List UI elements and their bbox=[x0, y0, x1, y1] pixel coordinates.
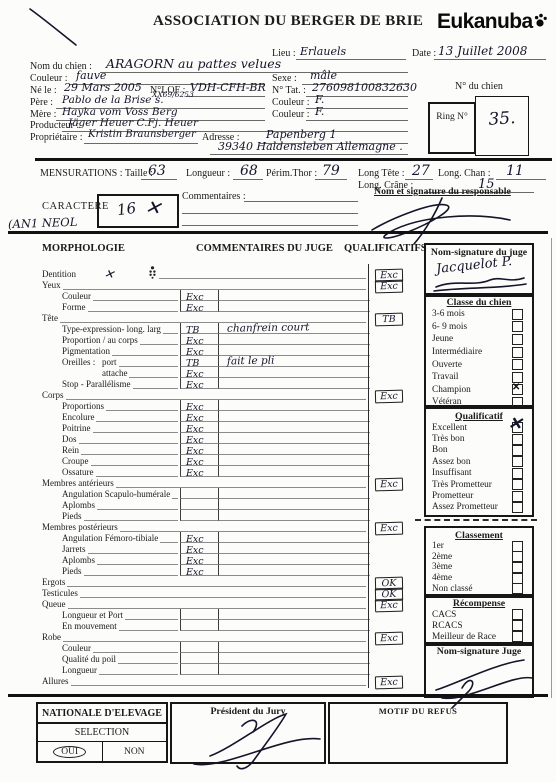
qualificatif-cell bbox=[370, 620, 416, 631]
grade-cell: Exc bbox=[180, 565, 219, 576]
form-line bbox=[182, 225, 358, 226]
judge-comment: fait le pli bbox=[227, 355, 275, 368]
morphology-row: Couleur ✕ bbox=[0, 642, 414, 653]
taille-value: 63 bbox=[148, 163, 166, 179]
row-label: Allures bbox=[42, 676, 69, 686]
row-label-zone: Couleur ✕ bbox=[0, 643, 180, 653]
morphology-row: Croupe ✕ Exc bbox=[0, 455, 414, 466]
class-option-row: 3-6 mois bbox=[426, 308, 532, 321]
comment-cell bbox=[219, 543, 370, 554]
qualificatif-option-row: Très Prometteur bbox=[426, 479, 532, 490]
morphology-row: Allures ✕ Exc bbox=[0, 675, 414, 686]
morphology-row: Ossature ✕ Exc bbox=[0, 466, 414, 477]
comment-cell bbox=[219, 653, 370, 664]
row-label: Poitrine bbox=[62, 423, 91, 433]
sire-label: Père : bbox=[30, 97, 53, 108]
date-value: 13 Juillet 2008 bbox=[438, 44, 527, 58]
option-label: Intermédiaire bbox=[432, 347, 482, 357]
checkbox bbox=[512, 468, 523, 479]
morphology-row: Forme ✕ Exc bbox=[0, 301, 414, 312]
tattoo-label: N° Tat. : bbox=[272, 85, 306, 96]
qualificatif-option-row: Excellent bbox=[426, 422, 532, 433]
qualificatif-cell bbox=[370, 400, 416, 411]
grade-cell: TB bbox=[180, 323, 219, 334]
qualificatif-cell bbox=[370, 290, 416, 301]
comment-cell bbox=[219, 664, 370, 675]
comment-cell bbox=[219, 554, 370, 565]
morphology-row: Oreilles : port ✕ TB fait le pli bbox=[0, 356, 414, 367]
row-label: Couleur bbox=[62, 643, 91, 653]
dog-class-box: Classe du chien 3-6 mois 6- 9 mois Jeune… bbox=[424, 293, 534, 407]
morphology-row: Membres antérieurs ✕ Exc bbox=[0, 477, 414, 488]
morphology-row: Dos ✕ Exc bbox=[0, 433, 414, 444]
qualificatif-cell bbox=[370, 532, 416, 543]
row-label: Proportions bbox=[62, 401, 104, 411]
row-label-zone: Longueur ✕ bbox=[0, 665, 180, 675]
judge-signature-2 bbox=[428, 652, 536, 708]
checkbox bbox=[512, 456, 523, 467]
row-label-zone: attache ✕ bbox=[0, 368, 180, 378]
morphology-row: Queue ✕ Exc bbox=[0, 598, 414, 609]
option-label: Très Prometteur bbox=[432, 480, 492, 490]
morphology-row: Qualité du poil ✕ bbox=[0, 653, 414, 664]
lof-value: VDH-CFH-BR bbox=[190, 81, 266, 94]
recompense-box: Récompense CACS RCACS Meilleur de Race bbox=[424, 594, 534, 646]
judge-signature-box-2: Nom-signature Juge bbox=[424, 642, 534, 698]
qualificatif-cell bbox=[370, 499, 416, 510]
dog-number-box: 35. bbox=[475, 96, 529, 156]
morphology-row: Encolure ✕ Exc bbox=[0, 411, 414, 422]
classement-option-row: 4ème bbox=[426, 573, 532, 584]
option-label: 6- 9 mois bbox=[432, 322, 467, 332]
option-label: Assez Prometteur bbox=[432, 502, 498, 512]
form-line bbox=[496, 179, 546, 180]
grade-cell: Exc bbox=[180, 411, 219, 422]
date-label: Date : bbox=[412, 48, 436, 59]
option-label: RCACS bbox=[432, 621, 463, 631]
ring-number-box: Ring N° bbox=[428, 102, 476, 154]
qualificatif-cell bbox=[370, 301, 416, 312]
oui-option: OUI bbox=[53, 746, 86, 758]
row-label-zone: Aplombs ✕ bbox=[0, 500, 180, 510]
row-label: Stop - Parallélisme bbox=[62, 379, 131, 389]
qualificatif-cell bbox=[370, 433, 416, 444]
checkbox bbox=[512, 334, 523, 345]
option-label: Excellent bbox=[432, 423, 467, 433]
grade-cell: Exc bbox=[180, 543, 219, 554]
paw-icon bbox=[534, 13, 548, 28]
comment-cell bbox=[219, 378, 370, 389]
class-option-row: Intermédiaire bbox=[426, 346, 532, 359]
brand-logo: Eukanuba bbox=[437, 10, 548, 34]
morphology-row: Dentition ✕ Exc bbox=[0, 268, 414, 279]
row-label-zone: Forme ✕ bbox=[0, 302, 180, 312]
row-label: Ergots bbox=[42, 577, 65, 587]
row-label: Angulation Fémoro-tibiale bbox=[62, 533, 158, 543]
row-label-zone: Robe ✕ bbox=[0, 632, 368, 642]
responsable-signature bbox=[362, 196, 522, 248]
checkbox bbox=[512, 321, 523, 332]
caractere-note: (AN1 NEOL bbox=[8, 215, 78, 231]
morphology-row: Poitrine ✕ Exc bbox=[0, 422, 414, 433]
qualificatif-cell bbox=[370, 455, 416, 466]
divider bbox=[8, 694, 548, 697]
row-label-zone: Allures ✕ bbox=[0, 676, 368, 686]
form-line bbox=[141, 179, 177, 180]
option-label: 2ème bbox=[432, 552, 452, 562]
comment-cell bbox=[219, 411, 370, 422]
morphology-row: Pieds ✕ Exc bbox=[0, 565, 414, 576]
birth-value: 29 Mars 2005 bbox=[64, 81, 142, 94]
comment-cell: chanfrein court bbox=[219, 323, 370, 334]
morphology-row: Proportions ✕ Exc bbox=[0, 400, 414, 411]
row-label: Qualité du poil bbox=[62, 654, 116, 664]
class-option-row: Champion bbox=[426, 384, 532, 397]
option-label: Vétéran bbox=[432, 397, 461, 407]
grade-cell: Exc bbox=[180, 466, 219, 477]
long-tete-label: Long Tête : bbox=[358, 168, 404, 179]
ring-number-label: Ring N° bbox=[430, 112, 474, 122]
grade-cell: Exc bbox=[180, 367, 219, 378]
qualificatif-cell bbox=[370, 411, 416, 422]
row-label-zone: Croupe ✕ bbox=[0, 456, 180, 466]
option-label: Assez bon bbox=[432, 457, 470, 467]
recompense-option-row: Meilleur de Race bbox=[426, 631, 532, 642]
row-label: Testicules bbox=[42, 588, 78, 598]
form-line bbox=[186, 96, 265, 97]
perim-value: 79 bbox=[322, 163, 340, 179]
qualificatif-cell bbox=[370, 642, 416, 653]
perim-label: Périm.Thor : bbox=[266, 168, 317, 179]
qualificatif-cell: Exc bbox=[368, 477, 414, 488]
row-label: Jarrets bbox=[62, 544, 86, 554]
morphology-row: Stop - Parallélisme ✕ Exc bbox=[0, 378, 414, 389]
qualificatif-option-row: Assez Prometteur bbox=[426, 502, 532, 513]
classement-option-row: 3ème bbox=[426, 562, 532, 573]
motif-refus-box: MOTIF DU REFUS bbox=[328, 702, 508, 764]
row-label-zone: Dentition ✕ bbox=[0, 266, 368, 279]
qualificatif-cell bbox=[370, 554, 416, 565]
commentaires-label: Commentaires : bbox=[182, 191, 246, 202]
morphology-row: Longueur ✕ bbox=[0, 664, 414, 675]
long-chan-value: 11 bbox=[506, 163, 524, 179]
row-label-zone: En mouvement ✕ bbox=[0, 621, 180, 631]
qualificatif-cell bbox=[370, 565, 416, 576]
longueur-value: 68 bbox=[240, 163, 258, 179]
checkbox bbox=[512, 502, 523, 513]
checkbox bbox=[512, 347, 523, 358]
qualificatif-option-row: Bon bbox=[426, 445, 532, 456]
form-line bbox=[306, 120, 408, 121]
option-label: Très bon bbox=[432, 434, 464, 444]
dashed-divider bbox=[415, 519, 537, 521]
form-line bbox=[244, 201, 358, 202]
row-label-zone: Couleur ✕ bbox=[0, 291, 180, 301]
row-label: Pieds bbox=[62, 566, 82, 576]
comment-cell bbox=[219, 499, 370, 510]
row-label-zone: Ergots ✕ bbox=[0, 577, 368, 587]
row-label: Couleur bbox=[62, 291, 91, 301]
motif-refus-title: MOTIF DU REFUS bbox=[330, 704, 506, 718]
qualificatif-cell bbox=[370, 334, 416, 345]
checkbox bbox=[512, 422, 523, 433]
row-label: Longueur bbox=[62, 665, 97, 675]
caractere-x-mark: ✕ bbox=[143, 196, 163, 220]
caractere-box: 16 ✕ bbox=[97, 194, 179, 228]
morphology-row: Angulation Scapulo-humérale ✕ bbox=[0, 488, 414, 499]
sire-color-label: Couleur : bbox=[272, 97, 310, 108]
form-line bbox=[210, 154, 408, 155]
caractere-value: 16 bbox=[116, 199, 137, 219]
row-label-zone: Angulation Scapulo-humérale ✕ bbox=[0, 489, 180, 499]
judge-comment: chanfrein court bbox=[227, 321, 310, 334]
grade-cell: Exc bbox=[180, 532, 219, 543]
class-option-row: 6- 9 mois bbox=[426, 321, 532, 334]
morphology-row: Testicules ✕ OK bbox=[0, 587, 414, 598]
comment-cell bbox=[219, 334, 370, 345]
option-label: 1er bbox=[432, 541, 444, 551]
qualificatif-cell: OK bbox=[368, 576, 414, 587]
comment-cell: fait le pli bbox=[219, 356, 370, 367]
comment-cell bbox=[219, 510, 370, 521]
row-label-zone: Angulation Fémoro-tibiale ✕ bbox=[0, 533, 180, 543]
qualificatif-cell: Exc bbox=[368, 279, 414, 290]
comment-cell bbox=[219, 455, 370, 466]
class-option-row: Jeune bbox=[426, 333, 532, 346]
form-line bbox=[100, 72, 408, 73]
row-label-zone: Qualité du poil ✕ bbox=[0, 654, 180, 664]
row-label-zone: Aplombs ✕ bbox=[0, 555, 180, 565]
grade-cell bbox=[180, 653, 219, 664]
checkbox bbox=[512, 491, 523, 502]
mensurations-label: MENSURATIONS : Taille : bbox=[40, 168, 153, 179]
dog-number-label: N° du chien bbox=[455, 81, 503, 92]
qualificatif-cell bbox=[370, 356, 416, 367]
morphology-row: attache ✕ Exc bbox=[0, 367, 414, 378]
row-label: Angulation Scapulo-humérale bbox=[62, 489, 170, 499]
qualificatif-cell bbox=[370, 664, 416, 675]
qualificatif-cell: Exc bbox=[368, 389, 414, 400]
classement-box: Classement 1er 2ème 3ème 4ème Non cl bbox=[424, 526, 534, 598]
row-label: Oreilles : port bbox=[62, 357, 117, 367]
qualificatif-box: Qualificatif Excellent Très bon Bon Asse… bbox=[424, 407, 534, 517]
morphology-row: Jarrets ✕ Exc bbox=[0, 543, 414, 554]
nationale-elevage-box: NATIONALE D'ELEVAGE SELECTION OUI NON bbox=[36, 702, 168, 763]
row-label: Dos bbox=[62, 434, 77, 444]
grade-cell bbox=[180, 488, 219, 499]
qualificatif-cell bbox=[370, 444, 416, 455]
qualificatif-cell bbox=[370, 378, 416, 389]
row-label: Yeux bbox=[42, 280, 61, 290]
row-label-zone: Stop - Parallélisme ✕ bbox=[0, 379, 180, 389]
judge-signature-box: Nom-signature du juge Jacquelot P. bbox=[424, 243, 534, 297]
option-label: Prometteur bbox=[432, 491, 473, 501]
divider bbox=[8, 231, 548, 234]
row-label: Rein bbox=[62, 445, 79, 455]
grade-cell bbox=[180, 609, 219, 620]
qualificatif-option-row: Très bon bbox=[426, 433, 532, 444]
scan-edge-artifact bbox=[551, 238, 552, 698]
checkbox bbox=[512, 551, 523, 562]
grade-cell bbox=[180, 510, 219, 521]
row-label: Aplombs bbox=[62, 555, 95, 565]
scanned-form-page: ASSOCIATION DU BERGER DE BRIE Eukanuba L… bbox=[0, 0, 556, 782]
form-line bbox=[296, 59, 406, 60]
form-line bbox=[434, 59, 546, 60]
option-label: Champion bbox=[432, 385, 471, 395]
morphology-row: Corps ✕ Exc bbox=[0, 389, 414, 400]
dam-label: Mère : bbox=[30, 109, 56, 120]
grade-cell: Exc bbox=[180, 455, 219, 466]
option-label: Non classé bbox=[432, 584, 473, 594]
morphology-row: Pigmentation ✕ Exc bbox=[0, 345, 414, 356]
row-label-zone: Oreilles : port ✕ bbox=[0, 357, 180, 367]
row-label: Queue bbox=[42, 599, 66, 609]
dentition-stamp-icon bbox=[148, 266, 157, 279]
row-label-zone: Corps ✕ bbox=[0, 390, 368, 400]
checkbox bbox=[512, 562, 523, 573]
qualificatif-cell bbox=[370, 422, 416, 433]
checkbox bbox=[512, 541, 523, 552]
morphology-row: Aplombs ✕ Exc bbox=[0, 554, 414, 565]
grade-cell bbox=[180, 642, 219, 653]
qualificatif-cell bbox=[370, 488, 416, 499]
sex-label: Sexe : bbox=[272, 73, 297, 84]
sire-reg-number: XX69/6253 bbox=[152, 90, 194, 99]
row-label: attache bbox=[102, 368, 127, 378]
comment-cell bbox=[219, 565, 370, 576]
checkbox bbox=[512, 384, 523, 395]
qualificatif-cell: TB bbox=[368, 312, 414, 323]
option-label: Travail bbox=[432, 372, 459, 382]
row-label-zone: Queue ✕ bbox=[0, 599, 368, 609]
checkbox bbox=[512, 372, 523, 383]
form-line bbox=[84, 143, 198, 144]
address-line2-value: 39340 Haldensleben Allemagne . bbox=[218, 140, 403, 153]
row-label-zone: Pieds ✕ bbox=[0, 566, 180, 576]
selection-label: SELECTION bbox=[38, 724, 166, 742]
grade-cell bbox=[180, 499, 219, 510]
oui-cell: OUI bbox=[38, 742, 103, 762]
comment-cell bbox=[219, 466, 370, 477]
checkbox bbox=[512, 309, 523, 320]
morphology-row: Proportion / au corps ✕ Exc bbox=[0, 334, 414, 345]
row-label-zone: Proportions ✕ bbox=[0, 401, 180, 411]
row-label-zone: Ossature ✕ bbox=[0, 467, 180, 477]
row-label: Proportion / au corps bbox=[62, 335, 138, 345]
breeder-value: Jäger Heuer C.Fj. Heuer bbox=[68, 117, 198, 129]
row-label-zone: Yeux ✕ bbox=[0, 280, 368, 290]
qualificatif-cell bbox=[370, 510, 416, 521]
pen-stroke-artifact bbox=[22, 4, 92, 52]
qualificatif-cell: Exc bbox=[368, 675, 414, 686]
grade-cell: Exc bbox=[180, 345, 219, 356]
lieu-value: Erlauels bbox=[300, 45, 346, 58]
col-qualificatifs: QUALIFICATIFS bbox=[344, 243, 427, 254]
morphology-row: Rein ✕ Exc bbox=[0, 444, 414, 455]
qualificatif-cell: OK bbox=[368, 587, 414, 598]
column-divider bbox=[368, 264, 369, 688]
morphology-row: Longueur et Port ✕ bbox=[0, 609, 414, 620]
checkbox bbox=[512, 609, 523, 620]
birth-label: Né le : bbox=[30, 85, 57, 96]
classement-title: Classement bbox=[426, 530, 532, 541]
qualificatif-cell bbox=[370, 367, 416, 378]
qualificatif-cell bbox=[370, 543, 416, 554]
qualificatif-option-row: Insuffisant bbox=[426, 468, 532, 479]
morphology-row: Type-expression- long. larg ✕ TB chanfre… bbox=[0, 323, 414, 334]
row-label: Dentition bbox=[42, 269, 76, 279]
comment-cell bbox=[219, 620, 370, 631]
owner-value: Kristin Braunsberger bbox=[88, 129, 196, 140]
class-option-row: Ouverte bbox=[426, 358, 532, 371]
president-jury-box: Président du Jury bbox=[170, 702, 326, 764]
row-label-zone: Jarrets ✕ bbox=[0, 544, 180, 554]
option-label: Jeune bbox=[432, 334, 453, 344]
row-label: Aplombs bbox=[62, 500, 95, 510]
grade-cell: Exc bbox=[180, 554, 219, 565]
recompense-option-row: CACS bbox=[426, 609, 532, 620]
classement-option-row: 1er bbox=[426, 541, 532, 552]
qualificatif-cell: Exc bbox=[368, 268, 414, 279]
dog-number-value: 35. bbox=[475, 107, 528, 131]
row-label: Pieds bbox=[62, 511, 82, 521]
option-label: 4ème bbox=[432, 573, 452, 583]
form-line bbox=[71, 684, 367, 686]
row-label-zone: Tête ✕ bbox=[0, 313, 368, 323]
grade-cell: TB bbox=[180, 356, 219, 367]
option-label: 3ème bbox=[432, 562, 452, 572]
grade-cell: Exc bbox=[180, 400, 219, 411]
checkbox bbox=[512, 445, 523, 456]
grade-cell: Exc bbox=[180, 422, 219, 433]
row-label: Robe bbox=[42, 632, 61, 642]
row-label-zone: Dos ✕ bbox=[0, 434, 180, 444]
row-label: Croupe bbox=[62, 456, 89, 466]
longueur-label: Longueur : bbox=[186, 168, 230, 179]
comment-cell bbox=[219, 444, 370, 455]
qualificatif-cell: Exc bbox=[368, 598, 414, 609]
grade-cell bbox=[180, 620, 219, 631]
morphology-table: Dentition ✕ Exc Yeux ✕ bbox=[0, 268, 414, 686]
qualificatif-cell: Exc bbox=[368, 631, 414, 642]
nationale-elevage-title: NATIONALE D'ELEVAGE bbox=[38, 704, 166, 724]
owner-label: Propriétaire : bbox=[30, 132, 82, 143]
row-label-zone: Rein ✕ bbox=[0, 445, 180, 455]
dam-color-value: F. bbox=[315, 105, 324, 118]
comment-cell bbox=[219, 367, 370, 378]
comment-cell bbox=[219, 642, 370, 653]
qualificatif-cell bbox=[370, 345, 416, 356]
option-label: CACS bbox=[432, 610, 456, 620]
row-label-zone: Membres postérieurs ✕ bbox=[0, 522, 368, 532]
checkbox bbox=[512, 620, 523, 631]
grade-cell: Exc bbox=[180, 334, 219, 345]
option-label: Ouverte bbox=[432, 360, 462, 370]
option-label: Bon bbox=[432, 445, 448, 455]
row-label-zone: Proportion / au corps ✕ bbox=[0, 335, 180, 345]
recompense-option-row: RCACS bbox=[426, 620, 532, 631]
comment-cell bbox=[219, 532, 370, 543]
grade-cell: Exc bbox=[180, 301, 219, 312]
dam-color-label: Couleur : bbox=[272, 109, 310, 120]
classement-option-row: Non classé bbox=[426, 583, 532, 594]
row-label: Membres antérieurs bbox=[42, 478, 114, 488]
comment-cell bbox=[219, 301, 370, 312]
comment-cell bbox=[219, 290, 370, 301]
checkbox bbox=[512, 479, 523, 490]
tattoo-value: 276098100832630 bbox=[312, 81, 417, 94]
